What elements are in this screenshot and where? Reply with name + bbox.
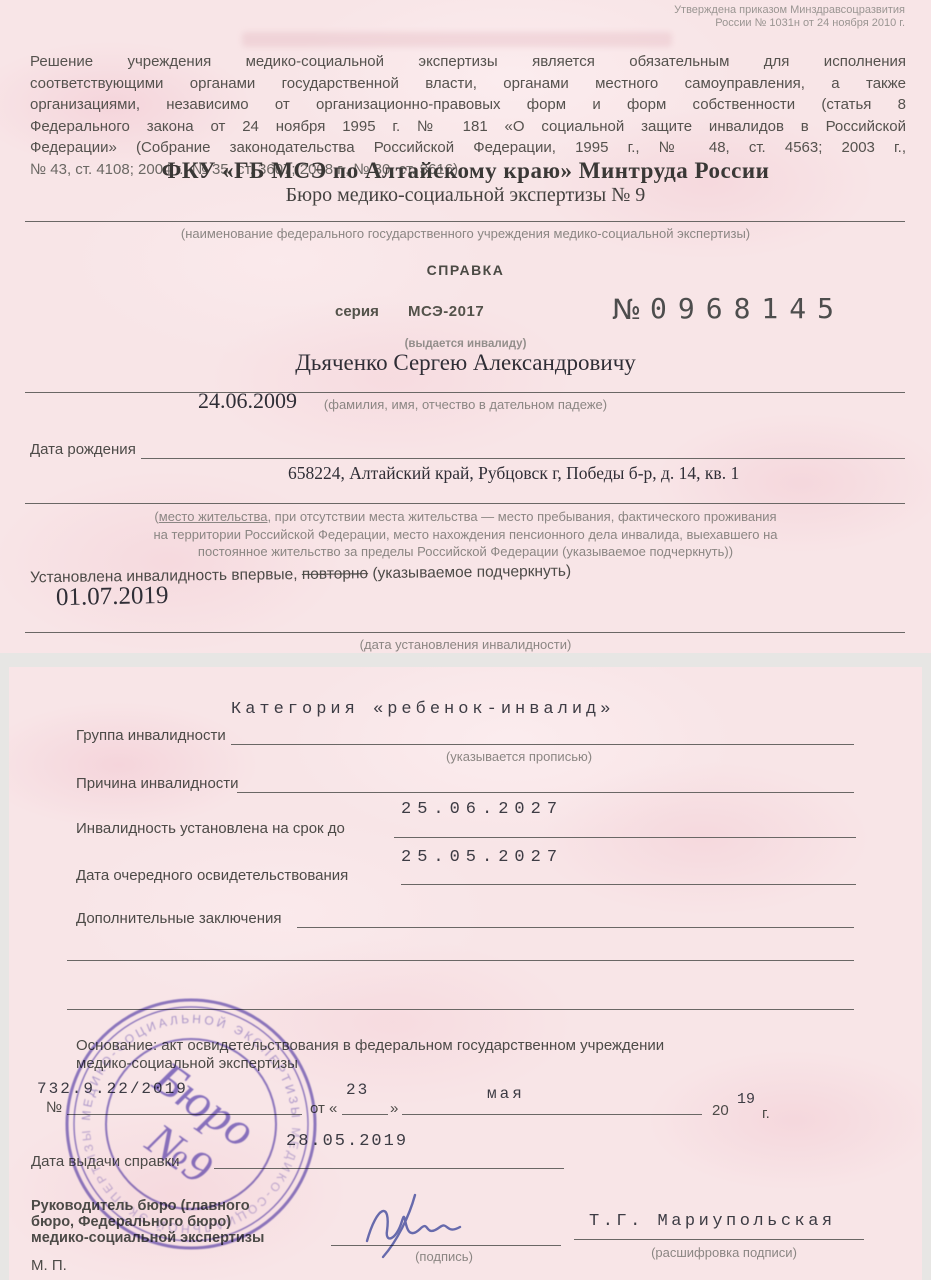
approval-note-line2: России № 1031н от 24 ноября 2010 г. [674,17,905,30]
year-value: 19 [737,1091,755,1108]
residence-caption-line1: (место жительства, при отсутствии места … [0,508,931,526]
next-exam-value: 25.05.2027 [401,848,563,867]
birth-date-label: Дата рождения [30,441,136,458]
established-underline [25,632,905,633]
signature-name: Т.Г. Мариупольская [589,1212,836,1231]
day-value: 23 [346,1081,369,1099]
residence-rest: , при отсутствии места жительства — мест… [267,509,776,524]
cause-underline [237,792,854,793]
established-date-value: 01.07.2019 [56,582,169,612]
year-prefix: 20 [712,1102,729,1119]
name-caption: (фамилия, имя, отчество в дательном паде… [0,397,931,412]
birth-date-value: 24.06.2009 [198,388,297,414]
name-underline [25,392,905,393]
intro-line: Решение учреждения медико-социальной экс… [30,51,906,73]
bureau-round-stamp: МЕДИКО-СОЦИАЛЬНОЙ ЭКСПЕРТИЗЫ МЕДИКО-СОЦИ… [51,994,331,1274]
certificate-front-page: Утверждена приказом Минздравсоцразвития … [0,0,931,653]
number-sign: № [612,293,641,326]
signature-name-underline [574,1239,864,1240]
holder-name: Дьяченко Сергею Александровичу [0,350,931,376]
bureau-name: Бюро медико-социальной экспертизы № 9 [0,184,931,207]
org-caption: (наименование федерального государственн… [0,226,931,241]
intro-line: Федерального закона от 24 ноября 1995 г.… [30,116,906,138]
intro-line: соответствующими органами государственно… [30,73,906,95]
month-value: мая [487,1085,525,1103]
established-suffix: (указываемое подчеркнуть) [368,563,571,582]
additional-label: Дополнительные заключения [76,910,281,927]
residence-caption-line2: на территории Российской Федерации, мест… [0,526,931,544]
month-underline [402,1114,702,1115]
address-underline [25,503,905,504]
residence-caption-line3: постоянное жительство за пределы Российс… [0,543,931,561]
blank-line-1 [67,960,854,961]
cause-label: Причина инвалидности [76,775,239,792]
org-underline [25,221,905,222]
birth-underline [141,458,905,459]
next-exam-underline [401,884,856,885]
next-exam-label: Дата очередного освидетельствования [76,867,348,884]
approval-note-line1: Утверждена приказом Минздравсоцразвития [674,4,905,17]
residence-caption: (место жительства, при отсутствии места … [0,508,931,561]
group-underline [231,744,854,745]
established-caption: (дата установления инвалидности) [0,637,931,652]
category-title: Категория «ребенок-инвалид» [231,700,614,719]
group-caption: (указывается прописью) [429,749,609,764]
term-label: Инвалидность установлена на срок до [76,820,345,837]
residence-underlined-term: место жительства [159,509,268,524]
signature-name-caption: (расшифровка подписи) [619,1245,829,1260]
issued-caption: (выдается инвалиду) [0,338,931,350]
group-label: Группа инвалидности [76,727,226,744]
term-underline [394,837,856,838]
day-underline [342,1114,388,1115]
intro-line: Федерации» (Собрание законодательства Ро… [30,137,906,159]
certificate-number: 0968145 [650,292,845,325]
certificate-back-page: Категория «ребенок-инвалид» Группа инвал… [9,667,922,1280]
scanned-disability-certificate: Утверждена приказом Минздравсоцразвития … [0,0,931,1280]
handwritten-signature [349,1189,529,1259]
term-date-value: 25.06.2027 [401,800,563,819]
faint-ghost-print [242,32,672,47]
year-suffix: г. [762,1105,770,1122]
approval-note: Утверждена приказом Минздравсоцразвития … [674,4,905,29]
series-value: МСЭ-2017 [408,303,484,320]
intro-line: организациями, независимо от организацио… [30,94,906,116]
established-struck-word: повторно [302,565,368,583]
series-label: серия [335,303,379,320]
from-close-quote: » [390,1100,398,1117]
address-value: 658224, Алтайский край, Рубцовск г, Побе… [288,463,739,484]
org-name: ФКУ «ГБ МСЭ по Алтайскому краю» Минтруда… [0,158,931,184]
additional-underline [297,927,854,928]
document-title: СПРАВКА [0,262,931,278]
